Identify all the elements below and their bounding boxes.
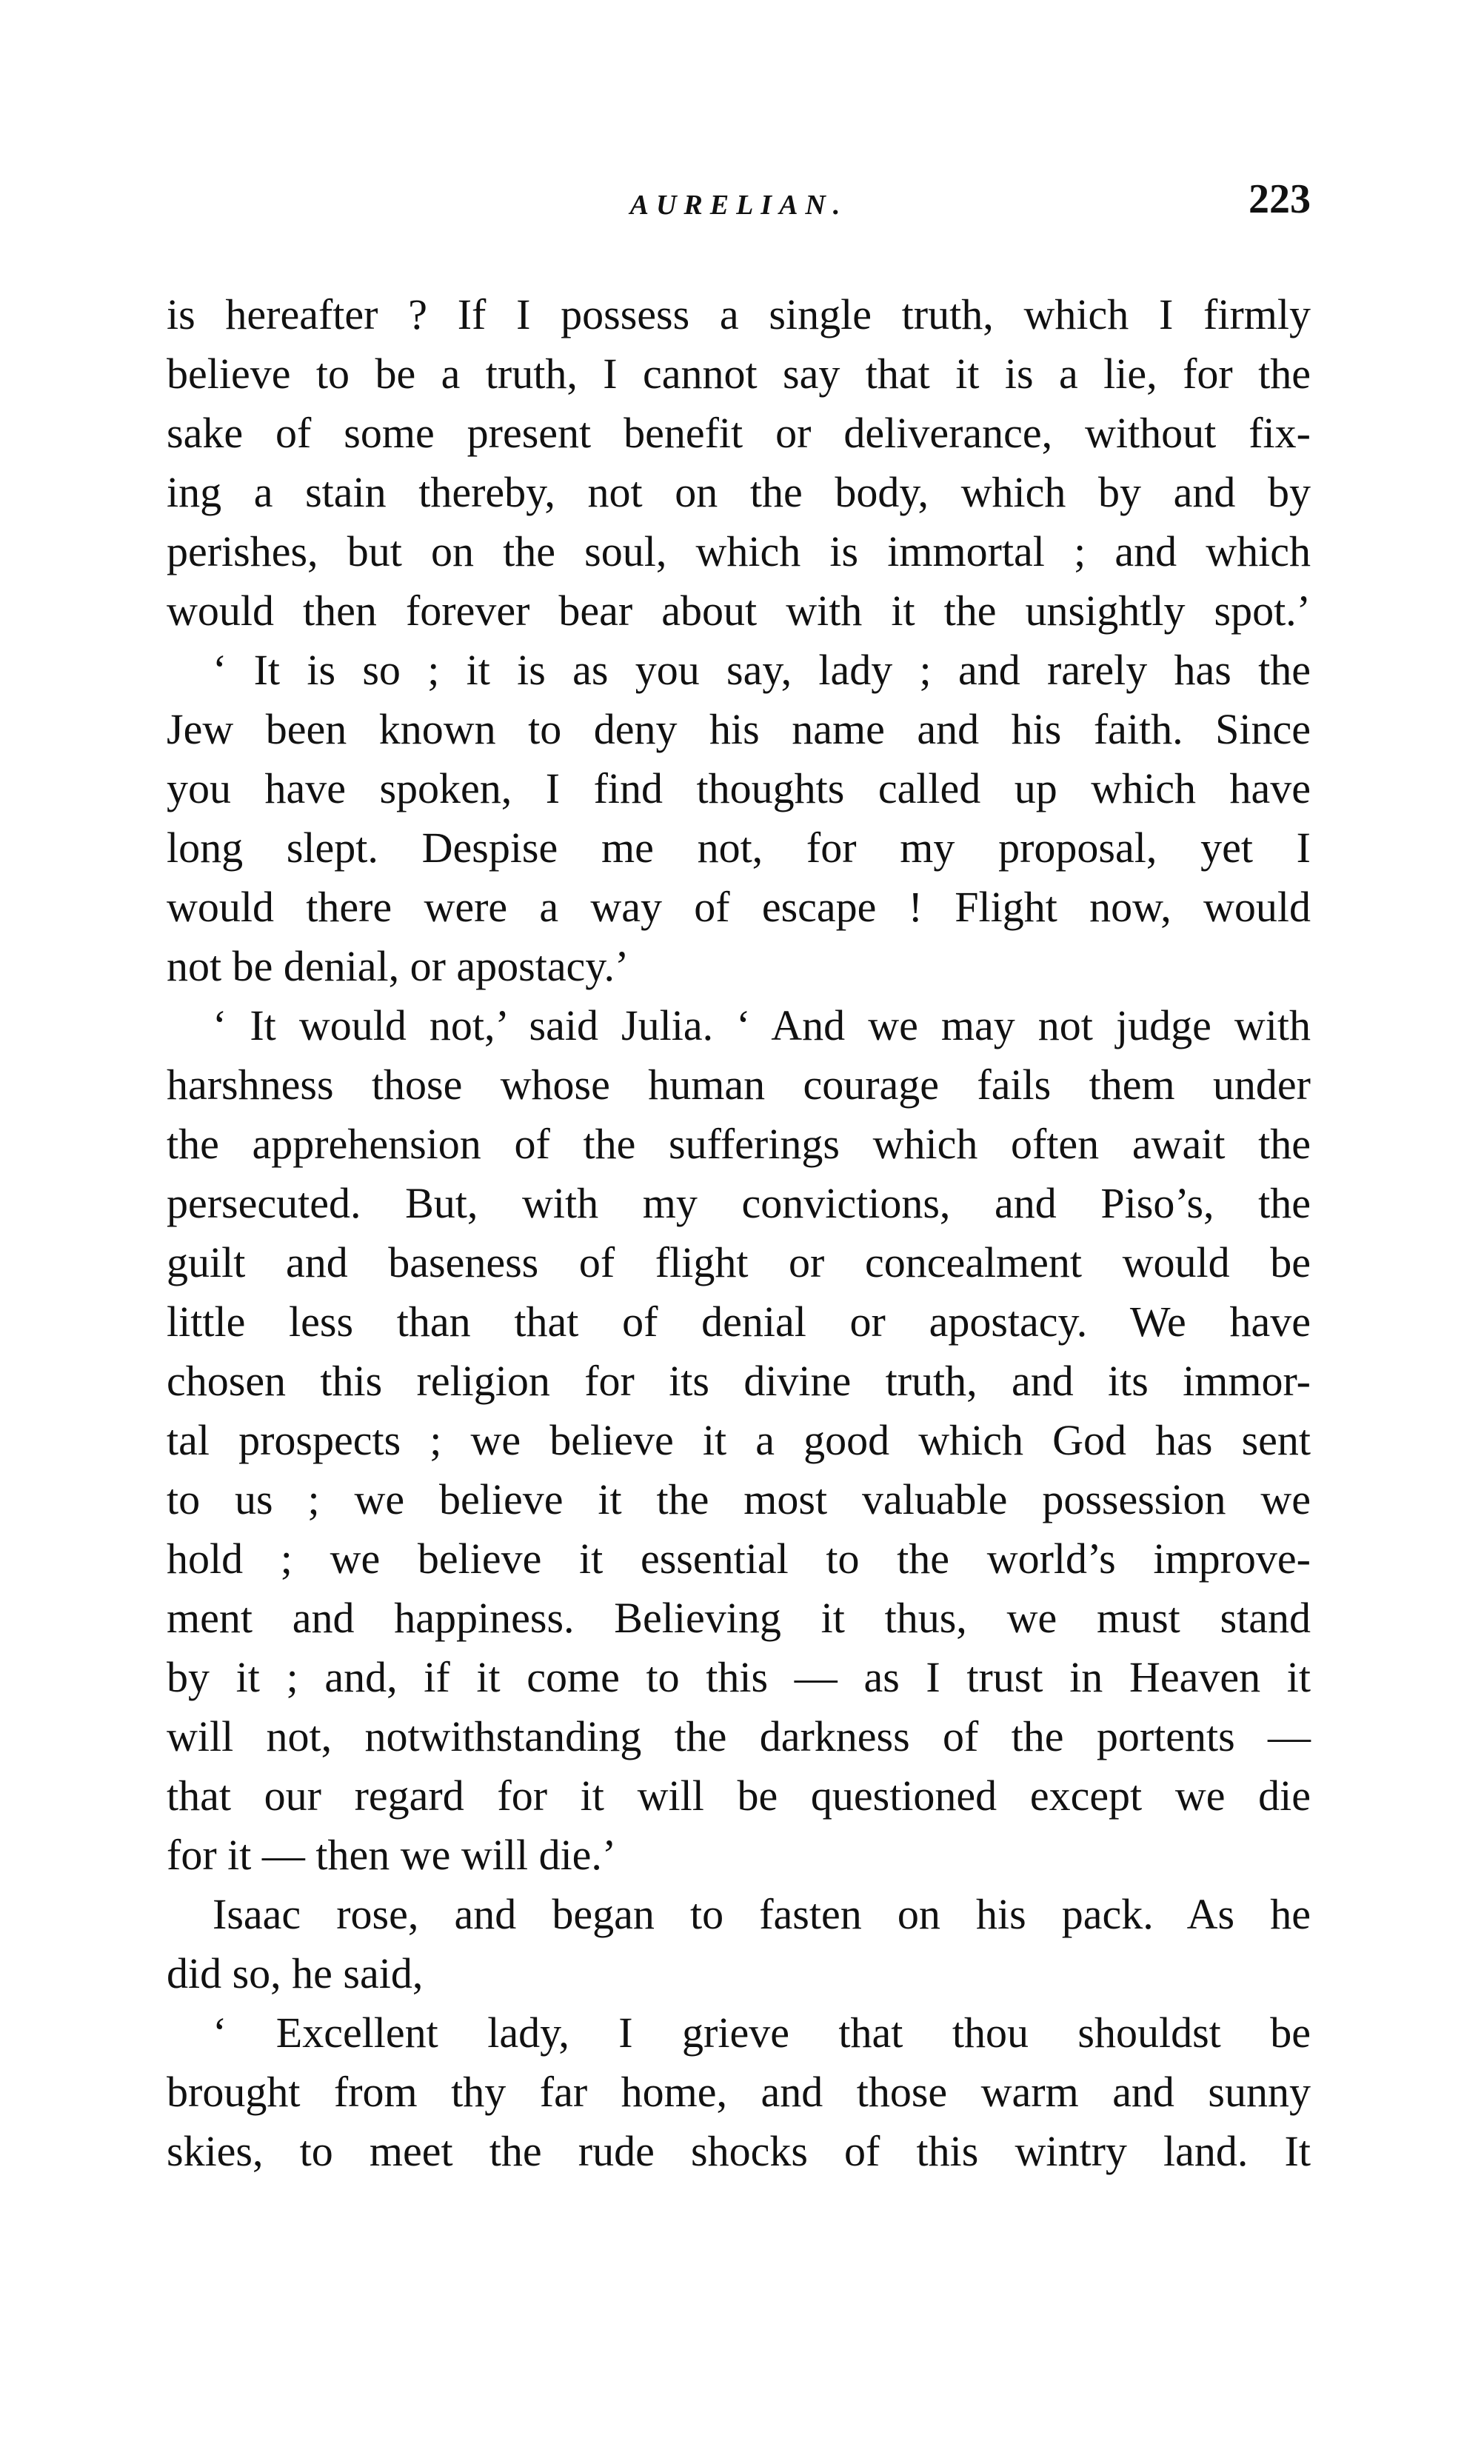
text-line: for it — then we will die.’	[167, 1826, 1311, 1885]
text-line: Isaac rose, and began to fasten on his p…	[167, 1885, 1311, 1944]
text-line: by it ; and, if it come to this — as I t…	[167, 1648, 1311, 1707]
text-line: is hereafter ? If I possess a single tru…	[167, 285, 1311, 344]
text-line: guilt and baseness of flight or concealm…	[167, 1233, 1311, 1292]
text-line: long slept. Despise me not, for my propo…	[167, 818, 1311, 878]
body-text: is hereafter ? If I possess a single tru…	[167, 285, 1311, 2181]
text-line: would then forever bear about with it th…	[167, 581, 1311, 641]
text-line: sake of some present benefit or delivera…	[167, 404, 1311, 463]
text-line: Jew been known to deny his name and his …	[167, 700, 1311, 759]
running-title: AURELIAN.	[167, 189, 1311, 221]
text-line: to us ; we believe it the most valuable …	[167, 1470, 1311, 1529]
text-line: ‘ Excellent lady, I grieve that thou sho…	[167, 2003, 1311, 2063]
text-line: ‘ It is so ; it is as you say, lady ; an…	[167, 641, 1311, 700]
text-line: ment and happiness. Believing it thus, w…	[167, 1589, 1311, 1648]
text-line: that our regard for it will be questione…	[167, 1766, 1311, 1826]
page-header: AURELIAN. 223	[167, 189, 1311, 248]
text-line: you have spoken, I find thoughts called …	[167, 759, 1311, 818]
text-line: believe to be a truth, I cannot say that…	[167, 344, 1311, 404]
text-line: tal prospects ; we believe it a good whi…	[167, 1411, 1311, 1470]
text-line: ‘ It would not,’ said Julia. ‘ And we ma…	[167, 996, 1311, 1055]
text-line: harshness those whose human courage fail…	[167, 1055, 1311, 1115]
page-number: 223	[1249, 176, 1311, 223]
text-line: the apprehension of the sufferings which…	[167, 1115, 1311, 1174]
text-line: would there were a way of escape ! Fligh…	[167, 878, 1311, 937]
text-line: perishes, but on the soul, which is immo…	[167, 522, 1311, 581]
text-line: chosen this religion for its divine trut…	[167, 1352, 1311, 1411]
text-line: not be denial, or apostacy.’	[167, 937, 1311, 996]
text-line: brought from thy far home, and those war…	[167, 2063, 1311, 2122]
text-line: little less than that of denial or apost…	[167, 1292, 1311, 1352]
text-line: hold ; we believe it essential to the wo…	[167, 1529, 1311, 1589]
text-line: will not, notwithstanding the darkness o…	[167, 1707, 1311, 1766]
text-line: ing a stain thereby, not on the body, wh…	[167, 463, 1311, 522]
text-line: did so, he said,	[167, 1944, 1311, 2003]
text-line: persecuted. But, with my convictions, an…	[167, 1174, 1311, 1233]
text-line: skies, to meet the rude shocks of this w…	[167, 2122, 1311, 2181]
